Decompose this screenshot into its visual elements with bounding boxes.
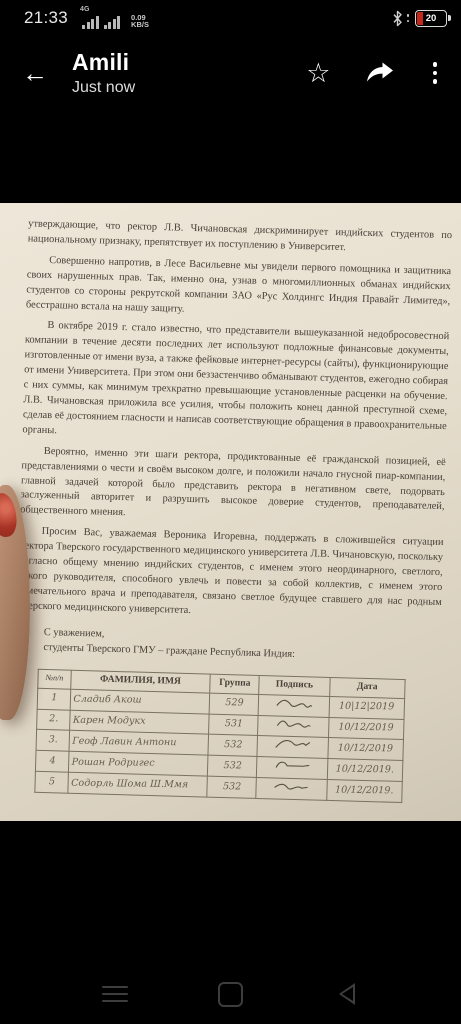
document-paragraph: В октябре 2019 г. стало известно, что пр… — [22, 319, 449, 450]
clock: 21:33 — [24, 8, 68, 28]
signature-scribble — [259, 694, 330, 717]
signature-scribble — [257, 736, 328, 759]
document-paragraph: утверждающие, что ректор Л.В. Чичановска… — [28, 217, 453, 259]
document-paragraph: Совершенно напротив, в Лесе Васильевне м… — [26, 253, 451, 324]
document-page: утверждающие, что ректор Л.В. Чичановска… — [0, 203, 461, 821]
menu-icon — [102, 986, 128, 1003]
overflow-menu-icon[interactable] — [429, 58, 442, 88]
col-header-date: Дата — [329, 677, 405, 698]
network-speed: 0.09 KB/S — [131, 14, 149, 29]
col-header-group: Группа — [210, 674, 260, 694]
signal-cluster: 4G 0.09 KB/S — [82, 8, 149, 29]
recents-button[interactable] — [100, 981, 130, 1007]
home-icon — [218, 982, 243, 1007]
star-icon[interactable]: ☆ — [306, 60, 330, 87]
forward-icon[interactable] — [365, 61, 395, 85]
signature-scribble — [256, 778, 327, 801]
sender-name: Amili — [72, 49, 135, 76]
bluetooth-icon — [392, 10, 403, 27]
battery-percent: 20 — [426, 13, 437, 24]
sim2-signal-icon — [104, 8, 121, 29]
battery-icon: 20 — [415, 10, 447, 27]
android-nav-bar — [0, 964, 461, 1024]
signature-scribble — [258, 715, 329, 738]
message-timestamp: Just now — [72, 79, 135, 97]
network-type-label: 4G — [80, 6, 89, 13]
back-triangle-icon — [339, 983, 355, 1005]
back-arrow-icon[interactable]: ← — [22, 60, 52, 86]
sim1-signal-icon: 4G — [82, 8, 99, 29]
col-header-num: №п/п — [38, 669, 71, 689]
document-paragraph: Вероятно, именно эти шаги ректора, проди… — [20, 444, 446, 530]
media-viewer-header: ← Amili Just now ☆ — [0, 36, 461, 110]
back-button[interactable] — [332, 981, 362, 1007]
status-bar: 21:33 4G 0.09 KB/S 20 — [0, 0, 461, 36]
bluetooth-battery-dots-icon — [407, 14, 410, 22]
document-paragraph: Просим Вас, уважаемая Вероника Игоревна,… — [17, 524, 443, 625]
signature-table: №п/п ФАМИЛИЯ, ИМЯ Группа Подпись Дата 1 … — [34, 668, 405, 803]
signature-scribble — [257, 757, 328, 780]
photo-viewer[interactable]: утверждающие, что ректор Л.В. Чичановска… — [0, 203, 461, 821]
home-button[interactable] — [216, 981, 246, 1007]
document-text: утверждающие, что ректор Л.В. Чичановска… — [12, 217, 452, 804]
col-header-signature: Подпись — [259, 675, 330, 696]
closing-block: С уважением, студенты Тверского ГМУ – гр… — [43, 625, 441, 666]
